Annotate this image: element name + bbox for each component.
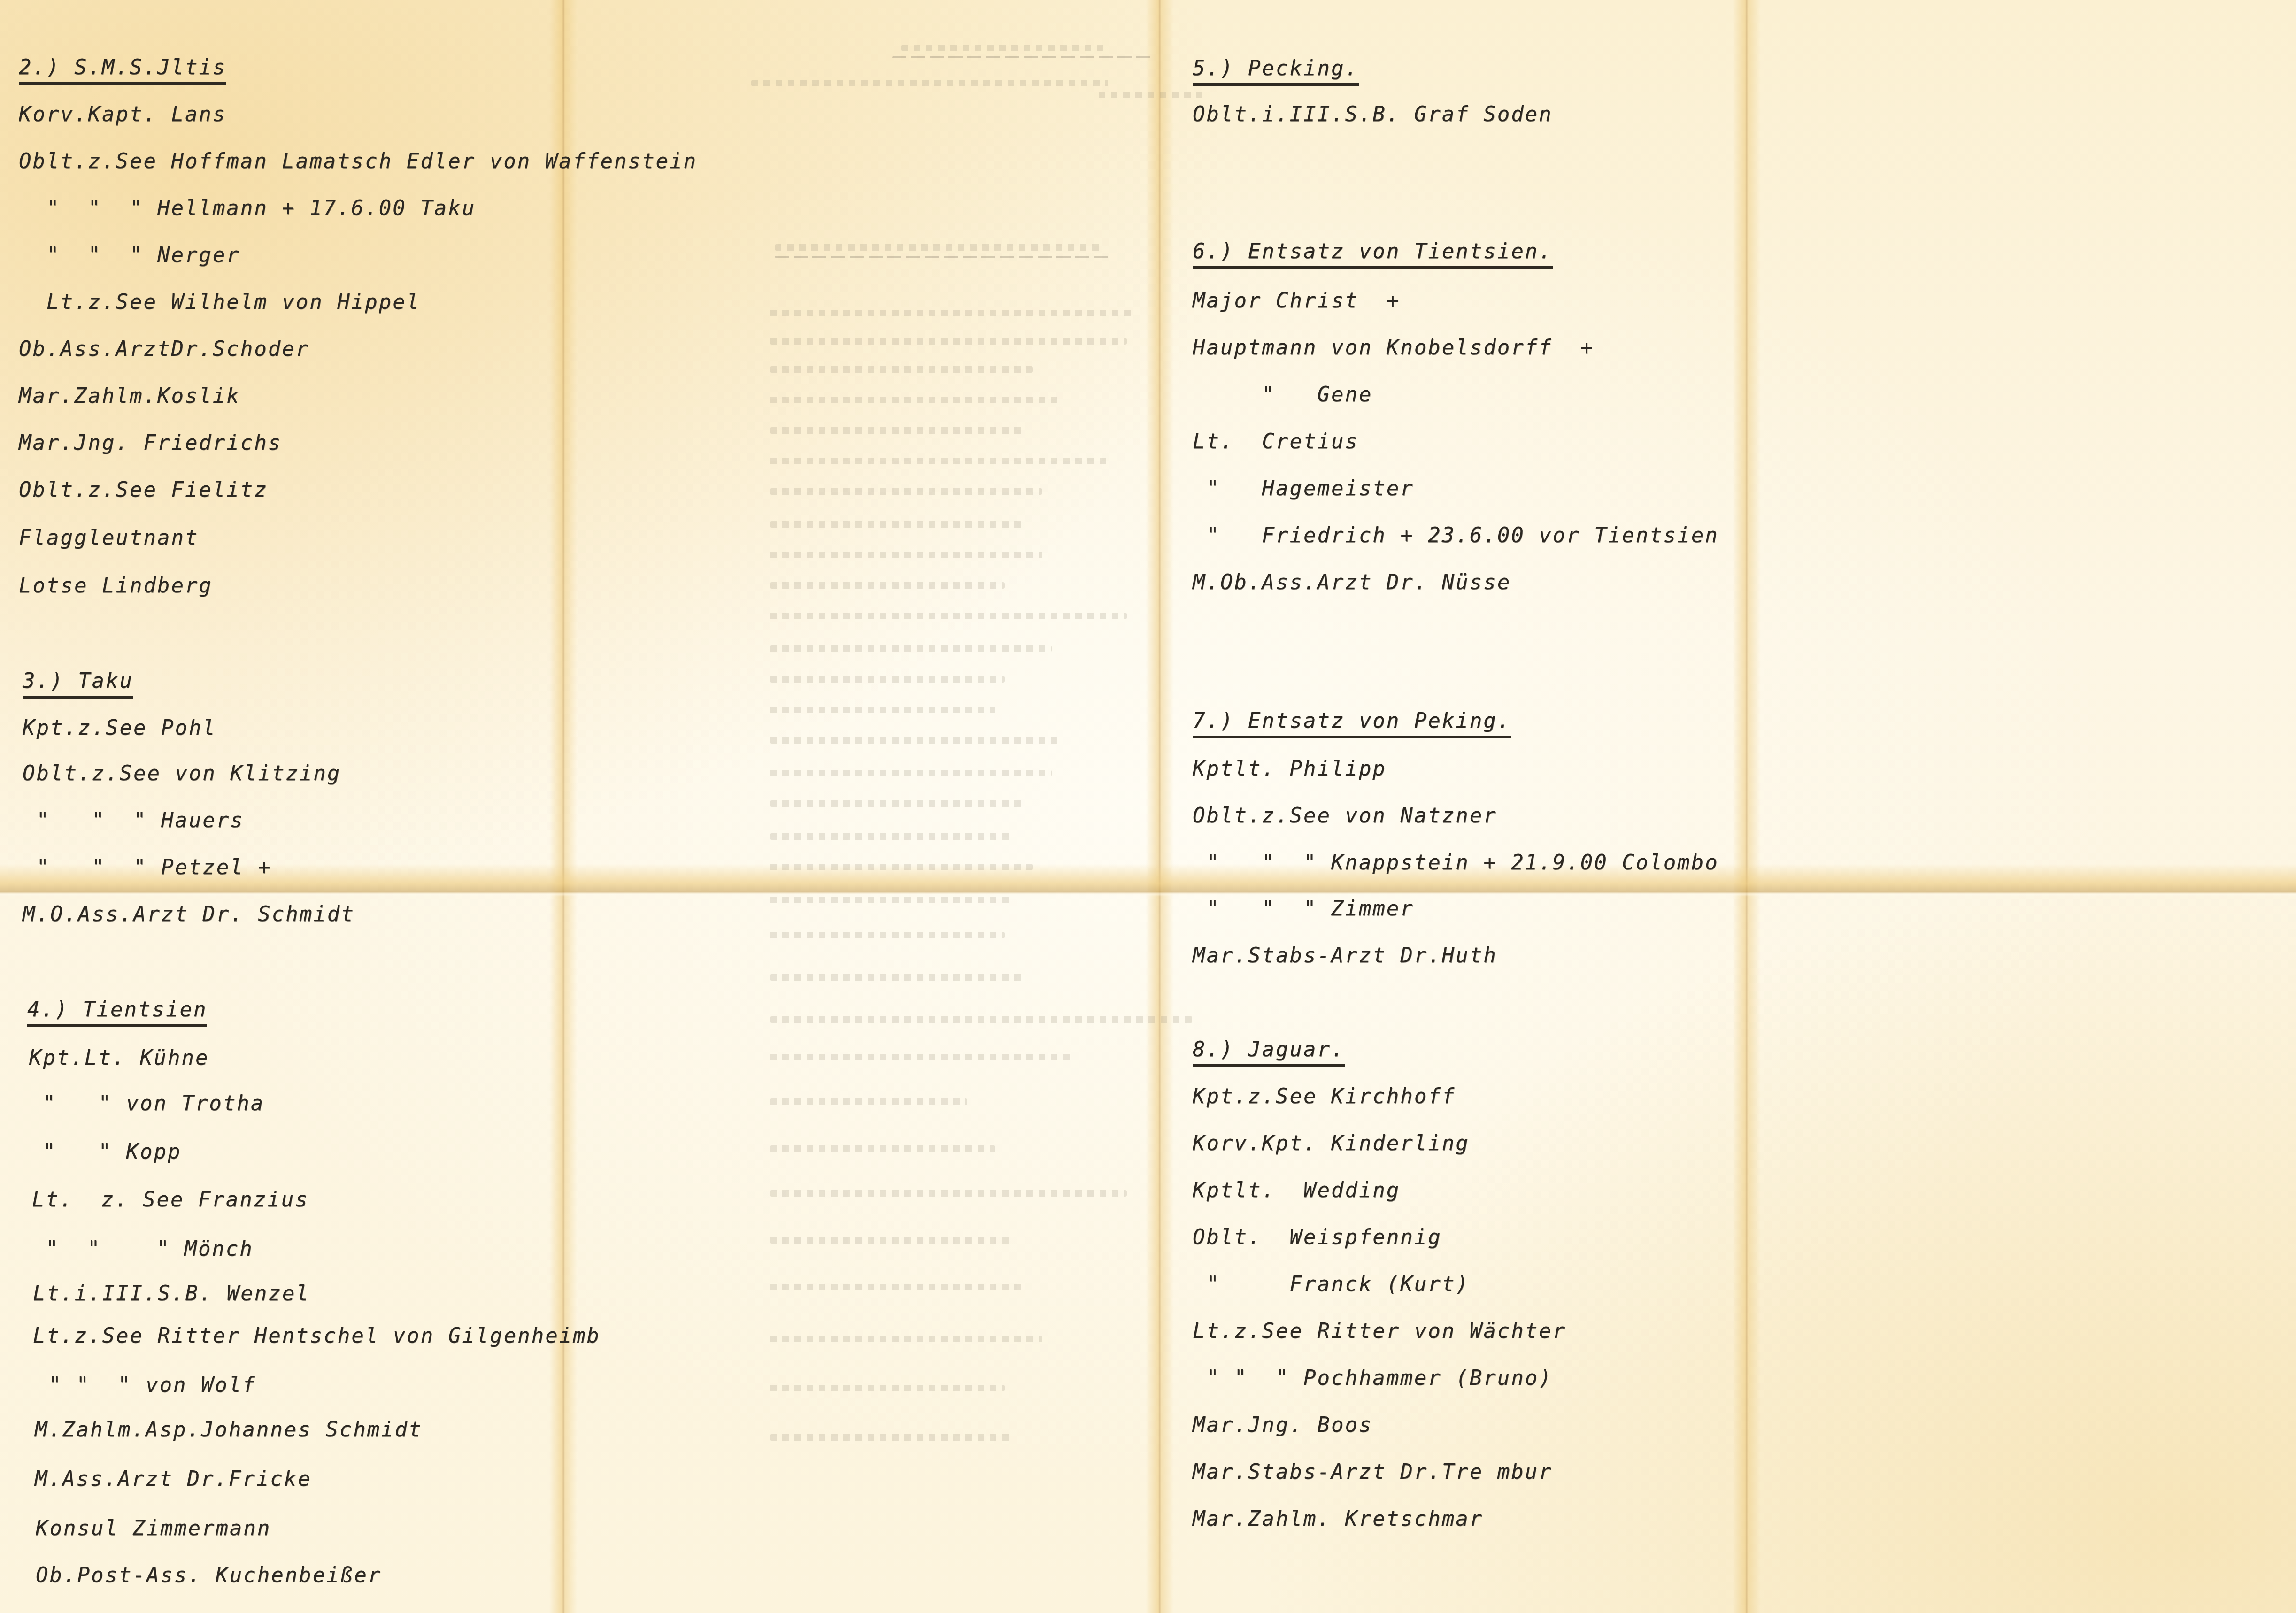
list-item: M.O.Ass.Arzt Dr. Schmidt bbox=[23, 902, 355, 926]
list-item: " Friedrich + 23.6.00 vor Tientsien bbox=[1193, 523, 1719, 547]
list-item: " " Kopp bbox=[29, 1140, 181, 1164]
list-item: Oblt. Weispfennig bbox=[1193, 1225, 1442, 1249]
list-item: Lt.z.See Wilhelm von Hippel bbox=[19, 290, 420, 314]
list-item: " " von Trotha bbox=[29, 1091, 264, 1115]
list-item: " " " Mönch bbox=[32, 1237, 254, 1261]
list-item: Ob.Ass.ArztDr.Schoder bbox=[19, 337, 309, 361]
section-heading: 3.) Taku bbox=[23, 669, 133, 699]
section-heading: 8.) Jaguar. bbox=[1193, 1037, 1345, 1067]
list-item: Lt.z.See Ritter von Wächter bbox=[1193, 1319, 1566, 1343]
list-item: Major Christ + bbox=[1193, 289, 1400, 313]
list-item: Kpt.z.See Pohl bbox=[23, 716, 216, 740]
list-item: " " " Knappstein + 21.9.00 Colombo bbox=[1193, 851, 1719, 875]
section-heading: 2.) S.M.S.Jltis bbox=[19, 55, 226, 85]
list-item: Mar.Jng. Friedrichs bbox=[19, 431, 282, 455]
fold-line-vertical-center bbox=[1146, 0, 1174, 1613]
list-item: M.Zahlm.Asp.Johannes Schmidt bbox=[35, 1418, 423, 1442]
list-item: M.Ob.Ass.Arzt Dr. Nüsse bbox=[1193, 570, 1511, 594]
list-item: Mar.Jng. Boos bbox=[1193, 1413, 1372, 1437]
list-item: Kpt.z.See Kirchhoff bbox=[1193, 1084, 1456, 1108]
list-item: Lt. z. See Franzius bbox=[32, 1188, 309, 1212]
list-item: " " " Petzel + bbox=[23, 855, 272, 879]
list-item: " " " Hauers bbox=[23, 808, 244, 832]
list-item: Mar.Stabs-Arzt Dr.Huth bbox=[1193, 944, 1497, 968]
list-item: Oblt.z.See von Natzner bbox=[1193, 804, 1497, 828]
list-item: Konsul Zimmermann bbox=[36, 1516, 271, 1540]
list-item: Ob.Post-Ass. Kuchenbeißer bbox=[36, 1563, 382, 1587]
list-item: " " " von Wolf bbox=[35, 1373, 256, 1397]
section-heading: 7.) Entsatz von Peking. bbox=[1193, 709, 1511, 738]
list-item: " Hagemeister bbox=[1193, 476, 1414, 500]
list-item: " " " Hellmann + 17.6.00 Taku bbox=[19, 196, 476, 220]
section-heading: 5.) Pecking. bbox=[1193, 56, 1359, 86]
fold-line-vertical-right bbox=[1733, 0, 1761, 1613]
list-item: " Gene bbox=[1193, 383, 1372, 407]
list-item: Oblt.z.See Fielitz bbox=[19, 478, 268, 502]
list-item: Hauptmann von Knobelsdorff + bbox=[1193, 336, 1594, 360]
list-item: Lt.z.See Ritter Hentschel von Gilgenheim… bbox=[33, 1324, 601, 1348]
list-item: " " " Pochhammer (Bruno) bbox=[1193, 1366, 1553, 1390]
fold-line-horizontal bbox=[0, 864, 2296, 897]
section-heading: 4.) Tientsien bbox=[27, 998, 207, 1027]
list-item: " Franck (Kurt) bbox=[1193, 1272, 1470, 1296]
document-page: 2.) S.M.S.Jltis Korv.Kapt. Lans Oblt.z.S… bbox=[0, 0, 2296, 1613]
section-heading: 6.) Entsatz von Tientsien. bbox=[1193, 239, 1553, 269]
list-item: Kptlt. Philipp bbox=[1193, 757, 1387, 781]
list-item: Oblt.z.See Hoffman Lamatsch Edler von Wa… bbox=[19, 149, 697, 173]
fold-line-vertical-left bbox=[549, 0, 578, 1613]
list-item: Flaggleutnant bbox=[19, 526, 199, 550]
list-item: " " " Nerger bbox=[19, 243, 240, 267]
list-item: Oblt.i.III.S.B. Graf Soden bbox=[1193, 102, 1553, 126]
list-item: Lt.i.III.S.B. Wenzel bbox=[33, 1282, 310, 1306]
list-item: " " " Zimmer bbox=[1193, 897, 1414, 921]
list-item: Mar.Zahlm. Kretschmar bbox=[1193, 1507, 1483, 1531]
list-item: M.Ass.Arzt Dr.Fricke bbox=[35, 1467, 312, 1491]
list-item: Korv.Kpt. Kinderling bbox=[1193, 1131, 1470, 1155]
list-item: Lt. Cretius bbox=[1193, 430, 1359, 453]
list-item: Lotse Lindberg bbox=[19, 574, 213, 598]
list-item: Kptlt. Wedding bbox=[1193, 1178, 1400, 1202]
list-item: Mar.Zahlm.Koslik bbox=[19, 384, 240, 408]
list-item: Kpt.Lt. Kühne bbox=[29, 1046, 209, 1070]
list-item: Mar.Stabs-Arzt Dr.Tre mbur bbox=[1193, 1460, 1553, 1484]
list-item: Oblt.z.See von Klitzing bbox=[23, 761, 341, 785]
list-item: Korv.Kapt. Lans bbox=[19, 102, 226, 126]
